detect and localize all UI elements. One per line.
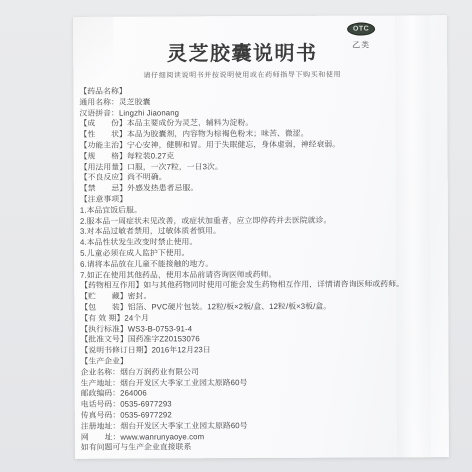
photo-background: OTC 乙类 灵芝胶囊说明书 请仔细阅读说明书并按说明使用或在药师指导下购买和使… (0, 0, 472, 472)
page-title: 灵芝胶囊说明书 (73, 36, 411, 66)
document-body: 【药品名称】通用名称：灵芝胶囊汉语拼音：Lingzhi Jiaonang【成 份… (79, 85, 445, 454)
doc-line: 【药物相互作用】如与其他药物同时使用可能会发生药物相互作用，详情请咨询医师或药师… (80, 280, 444, 292)
leaflet-header: 灵芝胶囊说明书 请仔细阅读说明书并按说明使用或在药师指导下购买和使用 (73, 15, 411, 80)
doc-line: 如有问题可与生产企业直接联系 (81, 441, 445, 453)
leaflet-paper: OTC 乙类 灵芝胶囊说明书 请仔细阅读说明书并按说明使用或在药师指导下购买和使… (73, 15, 449, 459)
page-subtitle: 请仔细阅读说明书并按说明使用或在药师指导下购买和使用 (73, 69, 411, 80)
